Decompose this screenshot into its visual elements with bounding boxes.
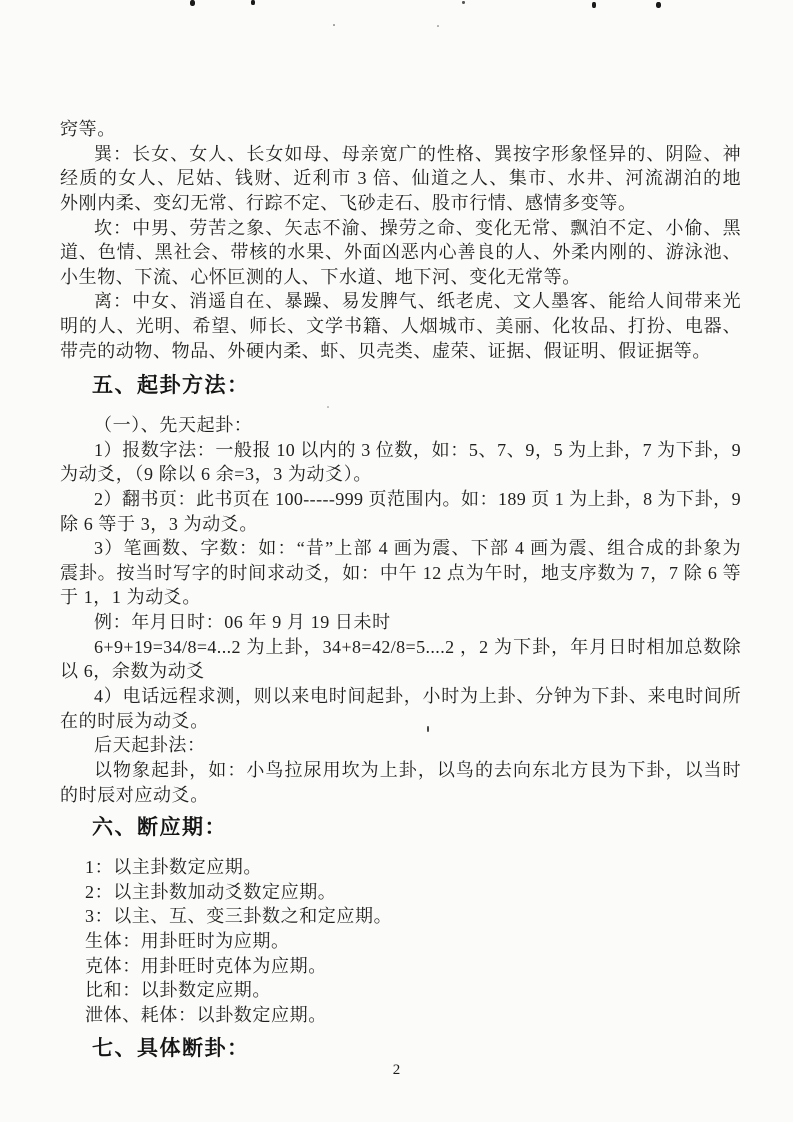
scanned-page: 窍等。 巽：长女、女人、长女如母、母亲宽广的性格、巽按字形象怪异的、阴险、神 经… bbox=[0, 0, 793, 1122]
text-line: 除 6 等于 3，3 为动爻。 bbox=[60, 512, 741, 537]
text-line: 坎：中男、劳苦之象、矢志不渝、操劳之命、变化无常、飘泊不定、小偷、黑 bbox=[60, 216, 741, 241]
section-heading-6: 六、断应期： bbox=[92, 814, 227, 840]
text-line: 的时辰对应动爻。 bbox=[60, 783, 741, 808]
scan-speck bbox=[592, 2, 596, 8]
text-line: 巽：长女、女人、长女如母、母亲宽广的性格、巽按字形象怪异的、阴险、神 bbox=[60, 142, 741, 167]
list-item: 3：以主、互、变三卦数之和定应期。 bbox=[85, 904, 741, 929]
text-line: 震卦。按当时写字的时间求动爻，如：中午 12 点为午时，地支序数为 7，7 除 … bbox=[60, 561, 741, 586]
text-line: （一）、先天起卦： bbox=[60, 413, 741, 438]
list-item: 泄体、耗体：以卦数定应期。 bbox=[85, 1003, 741, 1028]
section-heading-7: 七、具体断卦： bbox=[92, 1035, 250, 1061]
text-line: 以物象起卦，如：小鸟拉尿用坎为上卦，以鸟的去向东北方艮为下卦，以当时 bbox=[60, 758, 741, 783]
text-line: 1）报数字法：一般报 10 以内的 3 位数，如：5、7、9，5 为上卦，7 为… bbox=[60, 438, 741, 463]
text-line: 窍等。 bbox=[60, 117, 741, 142]
list-item: 生体：用卦旺时为应期。 bbox=[85, 929, 741, 954]
text-line: 明的人、光明、希望、师长、文学书籍、人烟城市、美丽、化妆品、打扮、电器、 bbox=[60, 314, 741, 339]
text-line: 为动爻，（9 除以 6 余=3，3 为动爻）。 bbox=[60, 462, 741, 487]
text-line: 2）翻书页：此书页在 100-----999 页范围内。如：189 页 1 为上… bbox=[60, 487, 741, 512]
scan-speck bbox=[333, 24, 335, 26]
scan-speck bbox=[190, 0, 195, 6]
text-line: 后天起卦法： bbox=[60, 733, 741, 758]
text-line: 道、色情、黑社会、带核的水果、外面凶恶内心善良的人、外柔内刚的、游泳池、 bbox=[60, 240, 741, 265]
text-line: 带壳的动物、物品、外硬内柔、虾、贝壳类、虚荣、证据、假证明、假证据等。 bbox=[60, 339, 741, 364]
text-line: 小生物、下流、心怀叵测的人、下水道、地下河、变化无常等。 bbox=[60, 265, 741, 290]
scan-speck bbox=[437, 25, 439, 27]
text-line: 例：年月日时：06 年 9 月 19 日未时 bbox=[60, 610, 741, 635]
text-line: 外刚内柔、变幻无常、行踪不定、飞砂走石、股市行情、感情多变等。 bbox=[60, 191, 741, 216]
section-5-body: （一）、先天起卦： 1）报数字法：一般报 10 以内的 3 位数，如：5、7、9… bbox=[60, 413, 741, 807]
text-line: 在的时辰为动爻。 bbox=[60, 709, 741, 734]
scan-speck bbox=[656, 2, 661, 8]
scan-speck bbox=[462, 1, 465, 4]
text-line: 3）笔画数、字数：如：“昔”上部 4 画为震、下部 4 画为震、组合成的卦象为 bbox=[60, 536, 741, 561]
scan-speck bbox=[327, 406, 329, 408]
page-number: 2 bbox=[0, 1062, 793, 1079]
text-line: 4）电话远程求测，则以来电时间起卦，小时为上卦、分钟为下卦、来电时间所 bbox=[60, 684, 741, 709]
scan-speck bbox=[251, 0, 255, 5]
text-line: 以 6，余数为动爻 bbox=[60, 659, 741, 684]
list-item: 克体：用卦旺时克体为应期。 bbox=[85, 954, 741, 979]
text-line: 离：中女、消遥自在、暴躁、易发脾气、纸老虎、文人墨客、能给人间带来光 bbox=[60, 289, 741, 314]
list-item: 2：以主卦数加动爻数定应期。 bbox=[85, 880, 741, 905]
text-line: 经质的女人、尼姑、钱财、近利市 3 倍、仙道之人、集市、水井、河流湖泊的地方、 bbox=[60, 166, 741, 191]
text-line: 6+9+19=34/8=4...2 为上卦，34+8=42/8=5....2 ，… bbox=[60, 635, 741, 660]
intro-trigram-paragraphs: 窍等。 巽：长女、女人、长女如母、母亲宽广的性格、巽按字形象怪异的、阴险、神 经… bbox=[60, 117, 741, 363]
section-6-list: 1：以主卦数定应期。 2：以主卦数加动爻数定应期。 3：以主、互、变三卦数之和定… bbox=[60, 855, 741, 1027]
list-item: 比和：以卦数定应期。 bbox=[85, 978, 741, 1003]
text-line: 于 1，1 为动爻。 bbox=[60, 585, 741, 610]
section-heading-5: 五、起卦方法： bbox=[92, 372, 250, 398]
list-item: 1：以主卦数定应期。 bbox=[85, 855, 741, 880]
